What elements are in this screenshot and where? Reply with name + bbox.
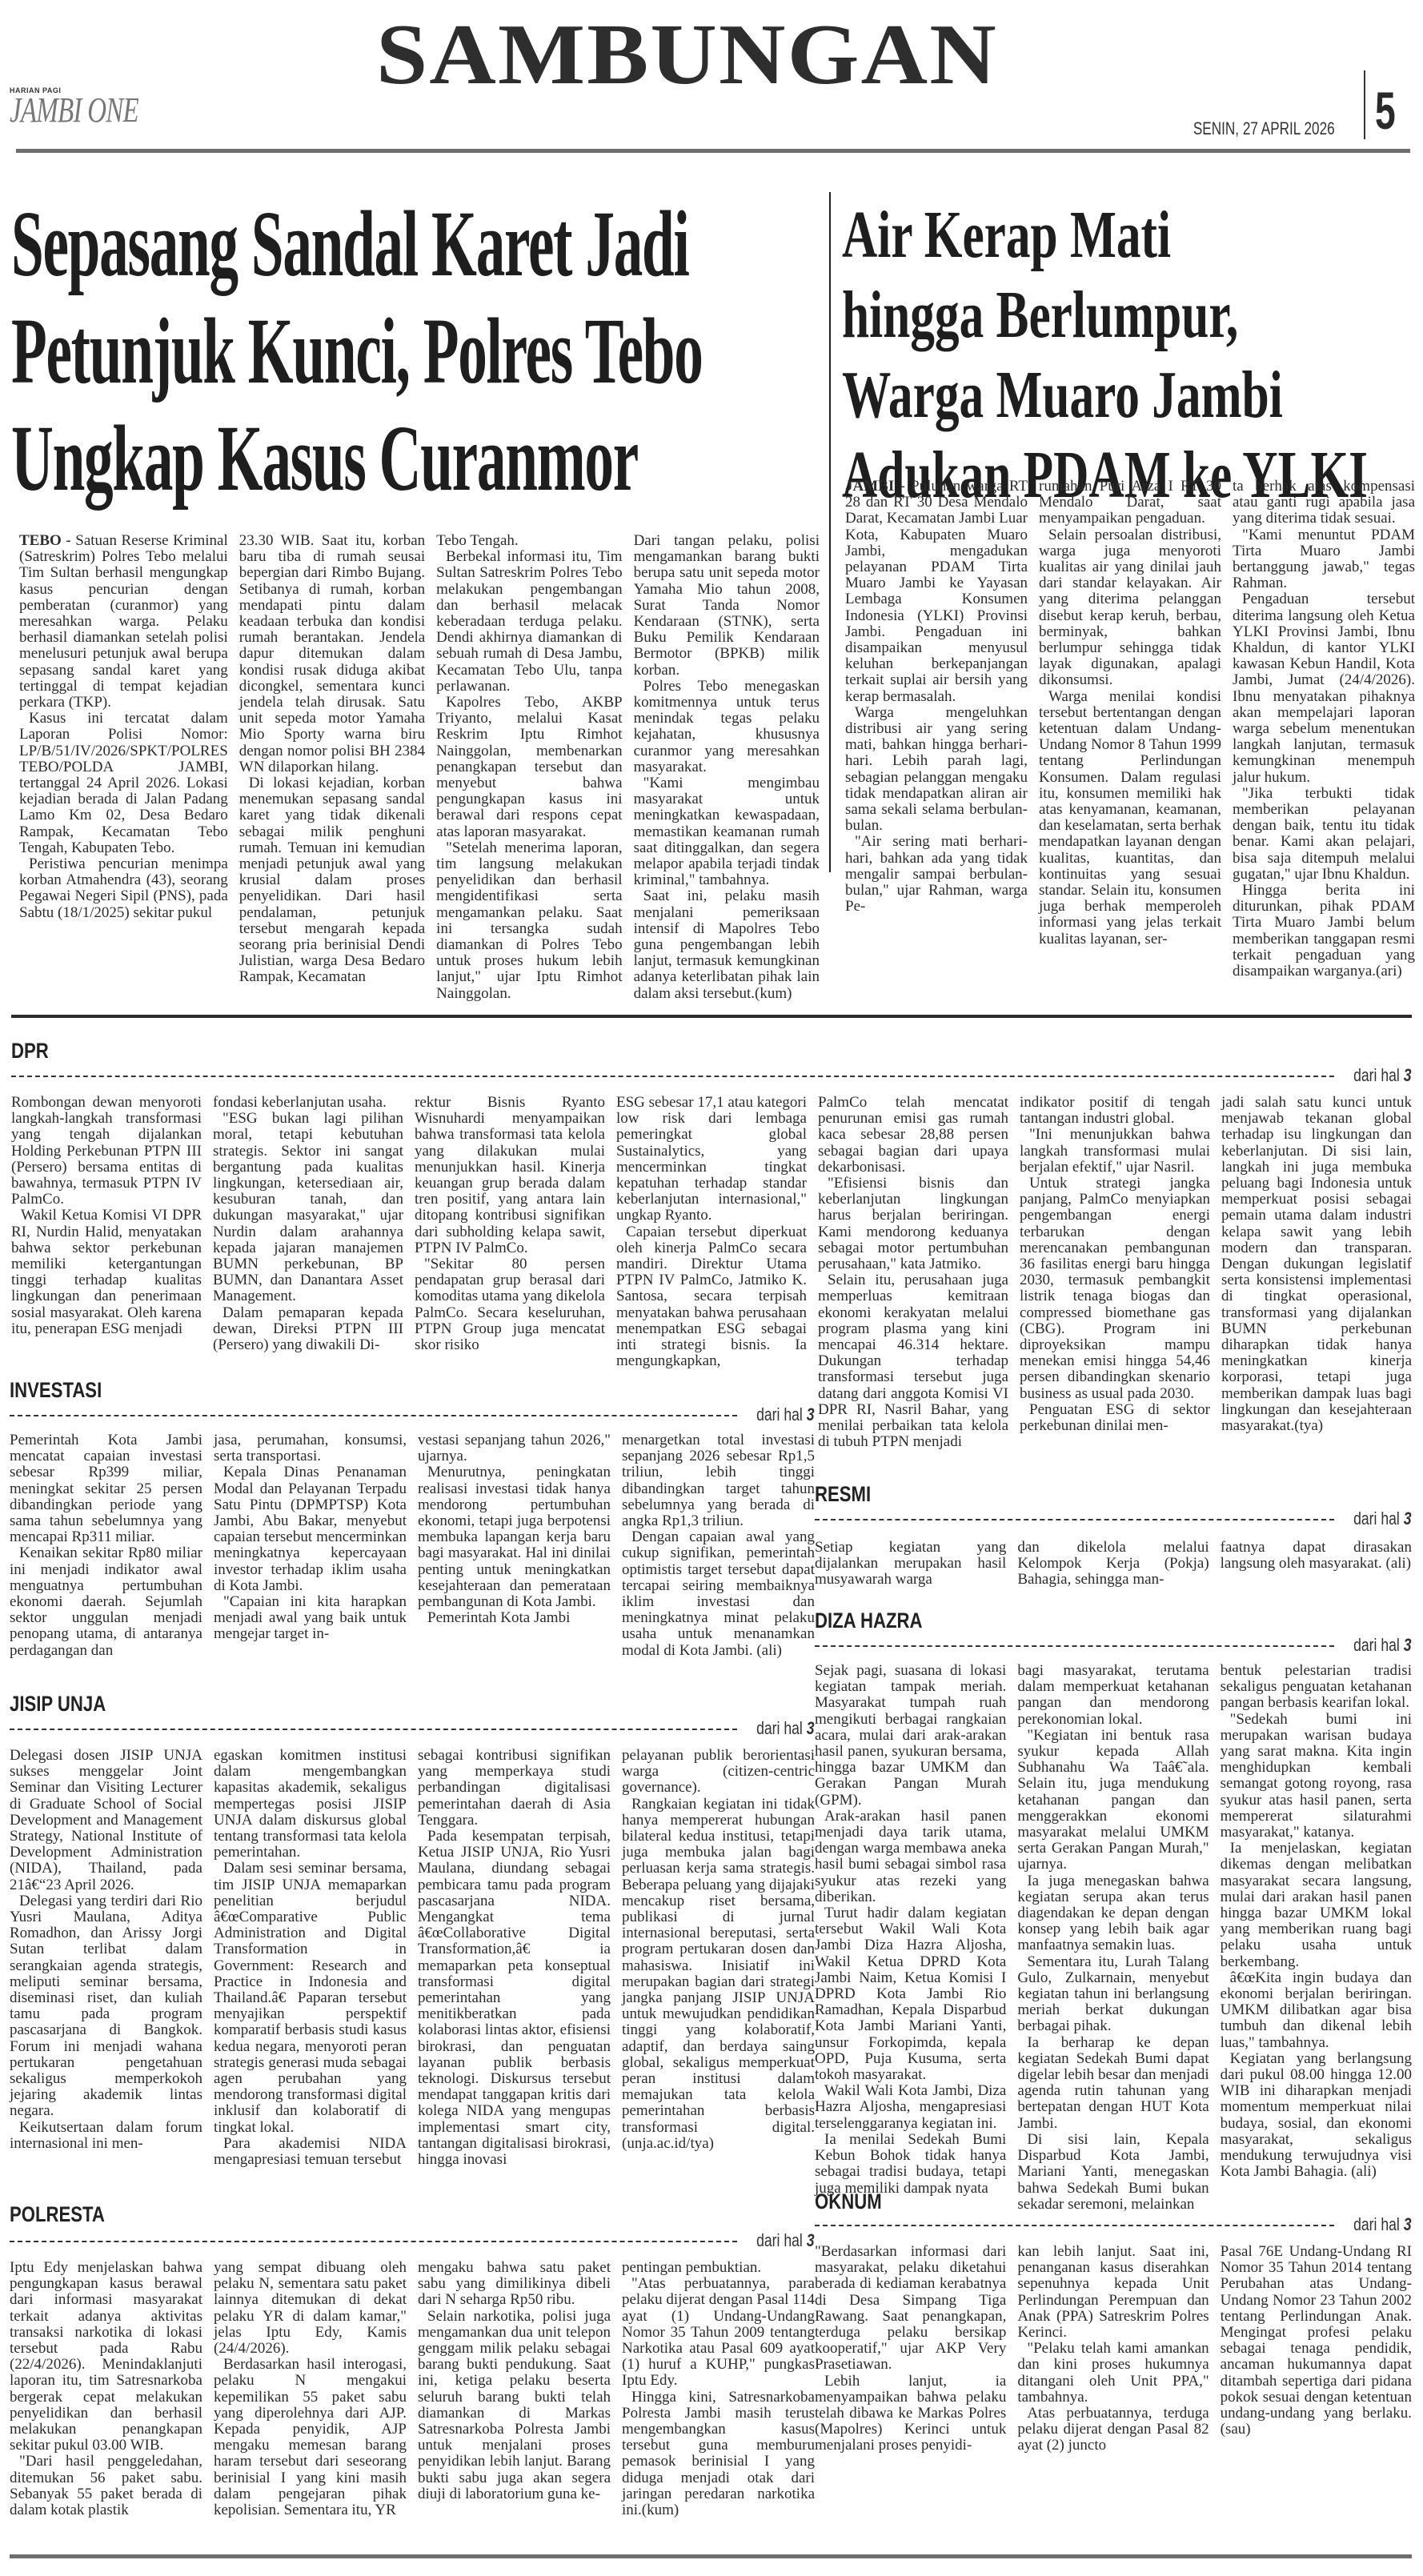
article-left-body: TEBO - Satuan Reserse Kriminal (Satreskr… [19,533,820,869]
paragraph: Arak-arakan hasil panen menjadi daya tar… [815,1809,1006,1905]
article-column: Dari tangan pelaku, polisi mengamankan b… [634,533,820,869]
paragraph: "Kami menuntut PDAM Tirta Muaro Jambi be… [1233,527,1415,592]
article-column: 23.30 WIB. Saat itu, korban baru tiba di… [239,533,425,869]
issue-date: SENIN, 27 APRIL 2026 [1193,118,1335,139]
paragraph: Dalam pemaparan kepada dewan, Direksi PT… [213,1305,403,1354]
article-column: jasa, perumahan, konsumsi, serta transpo… [214,1432,407,1665]
paragraph: ESG sebesar 17,1 atau kategori low risk … [616,1095,807,1224]
paragraph: 23.30 WIB. Saat itu, korban baru tiba di… [239,533,425,775]
article-column: vestasi sepanjang tahun 2026," ujarnya.M… [418,1432,611,1665]
continuation-body-investasi: Pemerintah Kota Jambi mencatat capaian i… [10,1432,815,1665]
article-column: PalmCo telah mencatat penurunan emisi ga… [818,1095,1008,1351]
page-ref: dari hal 3 [1354,1635,1412,1656]
article-column: JAMBI - Puluhan warga RT 28 dan RT 30 De… [845,479,1028,869]
dashed-leader [10,1729,737,1730]
paragraph: bagi masyarakat, terutama dalam memperku… [1017,1663,1209,1728]
continuation-ref-investasi: dari hal 3 [10,1405,815,1424]
article-column: Tebo Tengah.Berbekal informasi itu, Tim … [436,533,622,869]
headline-right: Air Kerap Mati hingga Berlumpur, Warga M… [842,195,1263,515]
paragraph: "Dari hasil penggeledahan, ditemukan 56 … [10,2454,202,2518]
continuation-body-resmi: Setiap kegiatan yang dijalankan merupaka… [815,1540,1412,1596]
article-column: dan dikelola melalui Kelompok Kerja (Pok… [1017,1540,1209,1596]
continuation-title-jisip: JISIP UNJA [10,1692,106,1717]
article-column: sebagai kontribusi signifikan yang mempe… [418,1748,611,2188]
page-number-divider [1364,70,1365,139]
article-column: rektur Bisnis Ryanto Wisnuhardi menyampa… [415,1095,605,1351]
article-column: Rombongan dewan menyoroti langkah-langka… [11,1095,202,1351]
article-column: kan lebih lanjut. Saat ini, penanganan k… [1017,2244,1209,2532]
paragraph: Rangkaian kegiatan ini tidak hanya mempe… [622,1797,815,2152]
paragraph: Wakil Ketua Komisi VI DPR RI, Nurdin Hal… [11,1208,202,1337]
article-column: yang sempat dibuang oleh pelaku N, semen… [214,2260,407,2532]
article-column: bentuk pelestarian tradisi sekaligus pen… [1221,1663,1412,2175]
article-column: pentingan pembuktian."Atas perbuatannya,… [622,2260,815,2532]
dateline: JAMBI [845,478,894,495]
article-column: Pemerintah Kota Jambi mencatat capaian i… [10,1432,202,1665]
article-column: Pasal 76E Undang-Undang RI Nomor 35 Tahu… [1221,2244,1412,2532]
dashed-leader [815,2225,1334,2226]
paragraph: Ia menilai Sedekah Bumi Kebun Bohok tida… [815,2132,1006,2197]
continuation-title-diza: DIZA HAZRA [815,1608,922,1633]
article-column: ta berhak atas kompensasi atau ganti rug… [1233,479,1415,869]
continuation-body-jisip: Delegasi dosen JISIP UNJA sukses menggel… [10,1748,815,2188]
paragraph: dan dikelola melalui Kelompok Kerja (Pok… [1017,1540,1209,1588]
article-column: "Berdasarkan informasi dari masyarakat, … [815,2244,1006,2532]
page-ref: dari hal 3 [1354,1065,1412,1086]
paragraph: "Setelah menerima laporan, tim langsung … [436,840,622,1002]
paragraph: Polres Tebo menegaskan komitmennya untuk… [634,679,820,775]
paragraph: Kegiatan yang berlangsung dari pukul 08.… [1221,2051,1412,2181]
article-column: indikator positif di tengah tantangan in… [1020,1095,1210,1351]
continuation-title-polresta: POLRESTA [10,2202,105,2227]
paragraph: Ia juga menegaskan bahwa kegiatan serupa… [1017,1873,1209,1954]
dashed-leader [10,1415,737,1416]
paragraph: Kapolres Tebo, AKBP Triyanto, melalui Ka… [436,695,622,840]
continuation-title-oknum: OKNUM [815,2189,882,2214]
paragraph: pentingan pembuktian. [622,2260,815,2276]
dateline: TEBO [19,532,62,549]
continuation-title-investasi: INVESTASI [10,1378,102,1403]
paragraph: Warga mengeluhkan distribusi air yang se… [845,705,1028,835]
article-column: Sejak pagi, suasana di lokasi kegiatan t… [815,1663,1006,2175]
paragraph: "ESG bukan lagi pilihan moral, tetapi ke… [213,1111,403,1304]
article-column: bagi masyarakat, terutama dalam memperku… [1017,1663,1209,2175]
continuation-body-oknum: "Berdasarkan informasi dari masyarakat, … [815,2244,1412,2532]
paragraph: sebagai kontribusi signifikan yang mempe… [418,1748,611,1829]
paragraph: Lebih lanjut, ia menyampaikan bahwa pela… [815,2374,1006,2454]
paragraph: "Kegiatan ini bentuk rasa syukur kepada … [1017,1728,1209,1873]
paragraph: "Sedekah bumi ini merupakan warisan buda… [1221,1712,1412,1841]
paragraph: Keikutsertaan dalam forum internasional … [10,2120,202,2152]
newspaper-logo: HARIAN PAGI JAMBI ONE [10,86,182,126]
paragraph: "Ini menunjukkan bahwa langkah transform… [1020,1127,1210,1176]
paragraph: indikator positif di tengah tantangan in… [1020,1095,1210,1127]
paragraph: Di sisi lain, Kepala Disparbud Kota Jamb… [1017,2132,1209,2213]
continuation-ref-dpr: dari hal 3 [11,1066,1412,1085]
paragraph: Para akademisi NIDA mengapresiasi temuan… [214,2136,407,2168]
article-column: jadi salah satu kunci untuk menjawab tek… [1221,1095,1412,1351]
page-ref: dari hal 3 [1354,2214,1412,2235]
paragraph: yang sempat dibuang oleh pelaku N, semen… [214,2260,407,2357]
paragraph: Pemerintah Kota Jambi [418,1610,611,1626]
paragraph: Kepala Dinas Penanaman Modal dan Pelayan… [214,1464,407,1594]
paragraph: Penguatan ESG di sektor perkebunan dinil… [1020,1402,1210,1434]
article-column: menargetkan total investasi sepanjang 20… [622,1432,815,1665]
paragraph: Sementara itu, Lurah Talang Gulo, Zulkar… [1017,1954,1209,2035]
paragraph: Tebo Tengah. [436,533,622,549]
paragraph: Capaian tersebut diperkuat oleh kinerja … [616,1224,807,1370]
article-column: fondasi keberlanjutan usaha."ESG bukan l… [213,1095,403,1351]
masthead-rule [16,149,1410,153]
paragraph: fondasi keberlanjutan usaha. [213,1095,403,1111]
article-column: rumahan Puri Arza I RT 30 Mendalo Darat,… [1039,479,1221,869]
dashed-leader [10,2241,737,2242]
article-column: Setiap kegiatan yang dijalankan merupaka… [815,1540,1006,1596]
paragraph: kan lebih lanjut. Saat ini, penanganan k… [1017,2244,1209,2341]
headline-left: Sepasang Sandal Karet Jadi Petunjuk Kunc… [11,190,512,512]
paragraph: Setiap kegiatan yang dijalankan merupaka… [815,1540,1006,1588]
article-column: TEBO - Satuan Reserse Kriminal (Satreskr… [19,533,228,869]
paragraph: Ia berharap ke depan kegiatan Sedekah Bu… [1017,2035,1209,2132]
paragraph: Berdasarkan hasil interogasi, pelaku N m… [214,2357,407,2518]
continuation-title-resmi: RESMI [815,1482,871,1507]
paragraph: PalmCo telah mencatat penurunan emisi ga… [818,1095,1008,1176]
article-column: egaskan komitmen institusi dalam mengemb… [214,1748,407,2188]
paragraph: Saat ini, pelaku masih menjalani pemerik… [634,888,820,1001]
paragraph: Rombongan dewan menyoroti langkah-langka… [11,1095,202,1208]
paragraph: Delegasi yang terdiri dari Rio Yusri Mau… [10,1893,202,2120]
paragraph: Ia menjelaskan, kegiatan dikemas dengan … [1221,1841,1412,1970]
paragraph: pelayanan publik berorientasi warga (cit… [622,1748,815,1797]
paragraph: "Efisiensi bisnis dan keberlanjutan ling… [818,1176,1008,1272]
paragraph: "Sekitar 80 persen pendapatan grup beras… [415,1256,605,1353]
continuation-body-dpr: Rombongan dewan menyoroti langkah-langka… [11,1095,1412,1351]
paragraph: jasa, perumahan, konsumsi, serta transpo… [214,1432,407,1464]
paragraph: vestasi sepanjang tahun 2026," ujarnya. [418,1432,611,1464]
page-ref: dari hal 3 [757,2230,815,2251]
paragraph: Dengan capaian awal yang cukup signifika… [622,1529,815,1659]
paragraph: Kasus ini tercatat dalam Laporan Polisi … [19,711,228,856]
page-ref: dari hal 3 [1354,1508,1412,1529]
paragraph: "Capaian ini kita harapkan menjadi awal … [214,1594,407,1643]
section-title: SAMBUNGAN [376,11,998,99]
page-ref: dari hal 3 [757,1404,815,1425]
bottom-rule [10,2554,1412,2558]
paragraph: Delegasi dosen JISIP UNJA sukses menggel… [10,1748,202,1893]
paragraph: "Jika terbukti tidak memberikan pelayana… [1233,786,1415,883]
article-column: ESG sebesar 17,1 atau kategori low risk … [616,1095,807,1351]
article-column: pelayanan publik berorientasi warga (cit… [622,1748,815,2188]
paragraph: Warga menilai kondisi tersebut bertentan… [1039,689,1221,947]
paragraph: "Pelaku telah kami amankan dan kini pros… [1017,2341,1209,2406]
paragraph: Pada kesempatan terpisah, Ketua JISIP UN… [418,1829,611,2168]
section-rule [11,1015,1412,1018]
paragraph: Menurutnya, peningkatan realisasi invest… [418,1464,611,1610]
paragraph: Selain narkotika, polisi juga mengamanka… [418,2309,611,2502]
paragraph: Pemerintah Kota Jambi mencatat capaian i… [10,1432,202,1545]
article-column: Iptu Edy menjelaskan bahwa pengungkapan … [10,2260,202,2532]
dashed-leader [11,1076,1334,1077]
column-divider [829,192,831,872]
paragraph: Hingga kini, Satresnarkoba Polresta Jamb… [622,2390,815,2519]
masthead: HARIAN PAGI JAMBI ONE SAMBUNGAN SENIN, 2… [0,0,1423,156]
dashed-leader [815,1645,1334,1647]
paragraph: jadi salah satu kunci untuk menjawab tek… [1221,1095,1412,1434]
continuation-ref-oknum: dari hal 3 [815,2215,1412,2234]
paragraph: Iptu Edy menjelaskan bahwa pengungkapan … [10,2260,202,2454]
paragraph: "Kami mengimbau masyarakat untuk meningk… [634,775,820,888]
continuation-ref-resmi: dari hal 3 [815,1509,1412,1528]
continuation-body-polresta: Iptu Edy menjelaskan bahwa pengungkapan … [10,2260,815,2532]
paragraph: Kenaikan sekitar Rp80 miliar ini menjadi… [10,1545,202,1658]
paragraph: "Berdasarkan informasi dari masyarakat, … [815,2244,1006,2374]
article-column: mengaku bahwa satu paket sabu yang dimil… [418,2260,611,2532]
logo-wordmark: JAMBI ONE [10,94,138,126]
article-column: faatnya dapat dirasakan langsung oleh ma… [1221,1540,1412,1596]
paragraph: Atas perbuatannya, terduga pelaku dijera… [1017,2406,1209,2454]
paragraph: rumahan Puri Arza I RT 30 Mendalo Darat,… [1039,479,1221,527]
paragraph: Wakil Wali Kota Jambi, Diza Hazra Aljosh… [815,2083,1006,2132]
paragraph: Dalam sesi seminar bersama, tim JISIP UN… [214,1861,407,2135]
paragraph: bentuk pelestarian tradisi sekaligus pen… [1221,1663,1412,1712]
paragraph: Turut hadir dalam kegiatan tersebut Waki… [815,1905,1006,2083]
paragraph: Hingga berita ini diturunkan, pihak PDAM… [1233,883,1415,980]
continuation-ref-diza: dari hal 3 [815,1636,1412,1655]
paragraph: Peristiwa pencurian menimpa korban Atmah… [19,856,228,921]
paragraph: faatnya dapat dirasakan langsung oleh ma… [1221,1540,1412,1572]
article-column: Delegasi dosen JISIP UNJA sukses menggel… [10,1748,202,2188]
continuation-title-dpr: DPR [11,1039,49,1064]
paragraph: Untuk strategi jangka panjang, PalmCo me… [1020,1176,1210,1402]
paragraph: mengaku bahwa satu paket sabu yang dimil… [418,2260,611,2309]
paragraph: Selain persoalan distribusi, warga juga … [1039,527,1221,689]
paragraph: "Atas perbuatannya, para pelaku dijerat … [622,2276,815,2389]
page-ref: dari hal 3 [757,1718,815,1739]
dashed-leader [815,1519,1334,1520]
article-right-body: JAMBI - Puluhan warga RT 28 dan RT 30 De… [845,479,1415,869]
paragraph: Selain itu, perusahaan juga memperluas k… [818,1272,1008,1450]
paragraph: Dari tangan pelaku, polisi mengamankan b… [634,533,820,679]
headline-line: hingga Berlumpur, [842,275,1263,355]
paragraph: ta berhak atas kompensasi atau ganti rug… [1233,479,1415,527]
paragraph: menargetkan total investasi sepanjang 20… [622,1432,815,1529]
paragraph: rektur Bisnis Ryanto Wisnuhardi menyampa… [415,1095,605,1256]
paragraph: Di lokasi kejadian, korban menemukan sep… [239,775,425,986]
paragraph: Pasal 76E Undang-Undang RI Nomor 35 Tahu… [1221,2244,1412,2438]
continuation-ref-jisip: dari hal 3 [10,1719,815,1738]
paragraph: Pengaduan tersebut diterima langsung ole… [1233,591,1415,785]
headline-line: Warga Muaro Jambi [842,355,1263,435]
headline-line: Air Kerap Mati [842,195,1263,275]
paragraph: "Air sering mati berhari-hari, bahkan ad… [845,834,1028,915]
paragraph: egaskan komitmen institusi dalam mengemb… [214,1748,407,1861]
paragraph: Sejak pagi, suasana di lokasi kegiatan t… [815,1663,1006,1809]
headline-line: Petunjuk Kunci, Polres Tebo [11,298,512,405]
headline-line: Ungkap Kasus Curanmor [11,405,512,512]
continuation-body-diza: Sejak pagi, suasana di lokasi kegiatan t… [815,1663,1412,2175]
continuation-ref-polresta: dari hal 3 [10,2231,815,2250]
paragraph: Berbekal informasi itu, Tim Sultan Satre… [436,549,622,695]
paragraph: â€œKita ingin budaya dan ekonomi berjala… [1221,1970,1412,2051]
headline-line: Sepasang Sandal Karet Jadi [11,190,512,298]
page-number: 5 [1375,80,1396,141]
